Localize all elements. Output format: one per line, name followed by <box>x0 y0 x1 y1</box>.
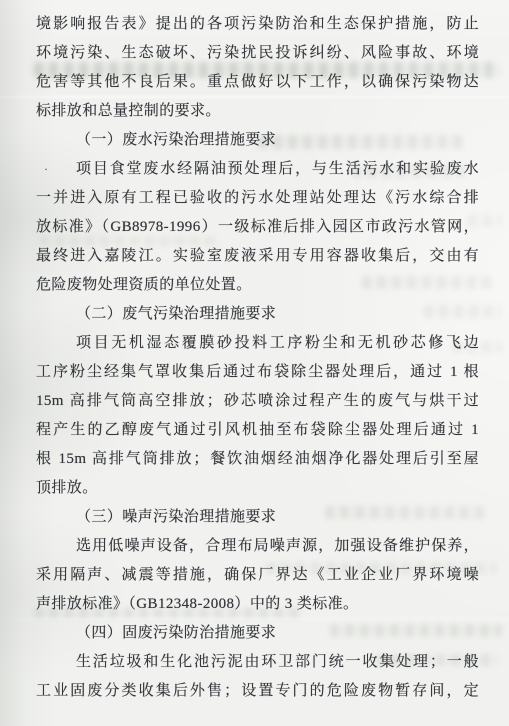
text-line: 环境污染、生态破坏、污染扰民投诉纠纷、风险事故、环境 <box>36 39 479 68</box>
text-line: 危害等其他不良后果。重点做好以下工作，以确保污染物达 <box>36 68 479 97</box>
text-line: 标排放和总量控制的要求。 <box>36 97 479 126</box>
text-line: 顶排放。 <box>36 474 479 503</box>
section-heading: （一）废水污染治理措施要求 <box>36 126 479 155</box>
text-line: 根 15m 高排气筒排放；餐饮油烟经油烟净化器处理后引至屋 <box>36 445 479 474</box>
text-line: 工业固废分类收集后外售；设置专门的危险废物暂存间，定 <box>36 677 479 706</box>
text-line: 一并进入原有工程已验收的污水处理站处理达《污水综合排 <box>36 184 479 213</box>
text-line: 最终进入嘉陵江。实验室废液采用专用容器收集后，交由有 <box>36 242 479 271</box>
text-line: 采用隔声、减震等措施，确保厂界达《工业企业厂界环境噪 <box>36 561 479 590</box>
text-line: 危险废物处理资质的单位处置。 <box>36 271 479 300</box>
text-line-content: 项目食堂废水经隔油预处理后，与生活污水和实验废水 <box>76 161 479 177</box>
stray-dot-mark: · <box>44 155 48 184</box>
text-line: ·项目食堂废水经隔油预处理后，与生活污水和实验废水 <box>36 155 479 184</box>
section-heading: （四）固废污染防治措施要求 <box>36 619 479 648</box>
text-line: 工序粉尘经集气罩收集后通过布袋除尘器处理后，通过 1 根 <box>36 358 479 387</box>
text-line: 放标准》（GB8978-1996）一级标准后排入园区市政污水管网， <box>36 213 479 242</box>
text-line: 15m 高排气筒高空排放；砂芯喷涂过程产生的废气与烘干过 <box>36 387 479 416</box>
section-heading: （三）噪声污染治理措施要求 <box>36 503 479 532</box>
text-line: 选用低噪声设备，合理布局噪声源，加强设备维护保养， <box>36 532 479 561</box>
scanned-document-page: 境影响报告表》提出的各项污染防治和生态保护措施，防止 环境污染、生态破坏、污染扰… <box>0 0 509 726</box>
text-line: 声排放标准》（GB12348-2008）中的 3 类标准。 <box>36 590 479 619</box>
text-line: 境影响报告表》提出的各项污染防治和生态保护措施，防止 <box>36 10 479 39</box>
document-text-block: 境影响报告表》提出的各项污染防治和生态保护措施，防止 环境污染、生态破坏、污染扰… <box>36 10 479 706</box>
text-line: 项目无机湿态覆膜砂投料工序粉尘和无机砂芯修飞边 <box>36 329 479 358</box>
section-heading: （二）废气污染治理措施要求 <box>36 300 479 329</box>
text-line: 生活垃圾和生化池污泥由环卫部门统一收集处理；一般 <box>36 648 479 677</box>
text-line: 程产生的乙醇废气通过引风机抽至布袋除尘器处理后通过 1 <box>36 416 479 445</box>
